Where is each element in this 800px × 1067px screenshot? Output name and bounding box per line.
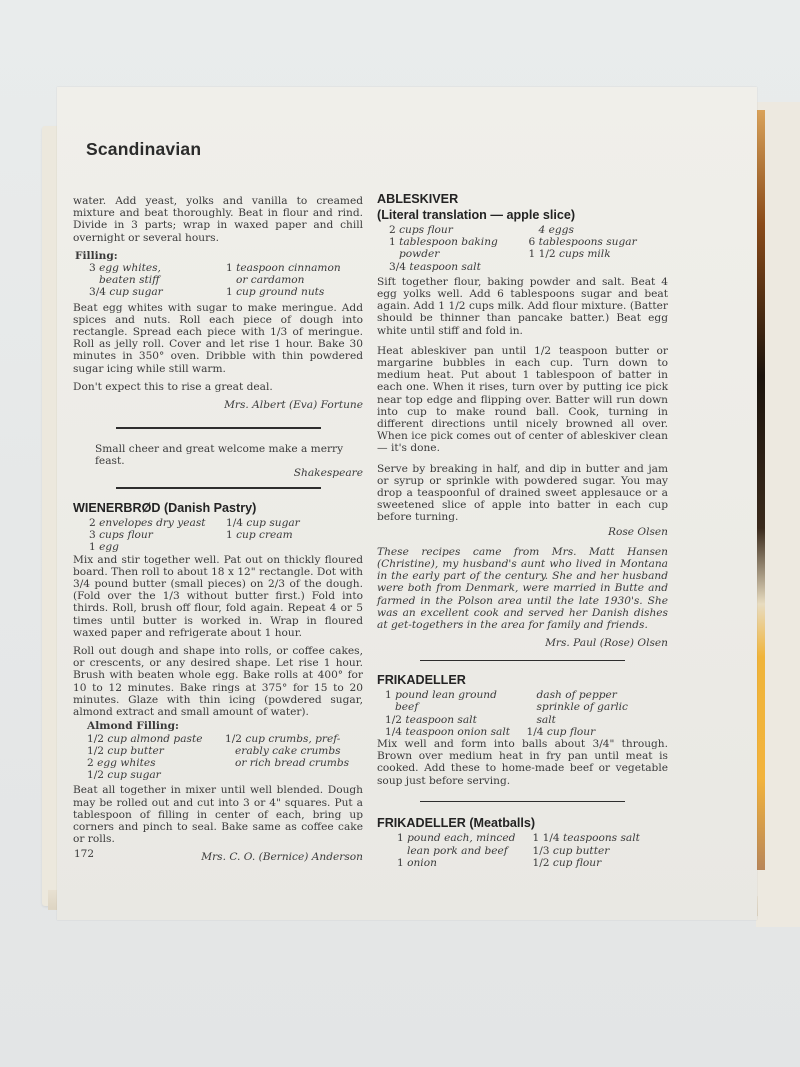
ingredient-line: 1/3 cup butter	[533, 845, 669, 857]
ingredient-line: 1/2 cup flour	[533, 857, 669, 869]
ingredient-line: 1/2 teaspoon salt	[385, 714, 527, 726]
ingredient-line: 1 egg	[89, 541, 226, 553]
filling-label: Filling:	[75, 250, 363, 262]
divider	[420, 801, 625, 803]
ingredient-line: 1/2 cup crumbs, pref-	[225, 733, 363, 745]
ingredient-line: 1/4 cup flour	[527, 726, 669, 738]
signature: Mrs. Paul (Rose) Olsen	[377, 637, 668, 649]
ingredient-line: powder	[389, 248, 529, 260]
ingredient-line: 1/2 cup sugar	[87, 769, 225, 781]
ingredient-col-2: 4 eggs6 tablespoons sugar1 1/2 cups milk	[529, 224, 669, 273]
page-number: 172	[74, 848, 94, 860]
ingredient-line: 3/4 cup sugar	[89, 286, 226, 298]
ingredient-line: 1/2 cup butter	[87, 745, 225, 757]
directions: Heat ableskiver pan until 1/2 teaspoon b…	[377, 345, 668, 455]
signature: Mrs. C. O. (Bernice) Anderson	[73, 851, 363, 863]
ingredient-line: 2 egg whites	[87, 757, 225, 769]
ingredient-line: or cardamon	[226, 274, 363, 286]
ingredient-line: lean pork and beef	[397, 845, 533, 857]
directions: Beat all together in mixer until well bl…	[73, 784, 363, 845]
recipe-title-ableskiver: ABLESKIVER	[377, 192, 668, 206]
recipe-title-frikadeller: FRIKADELLER	[377, 673, 668, 687]
quote: Small cheer and great welcome make a mer…	[73, 443, 363, 467]
note: Don't expect this to rise a great deal.	[73, 381, 363, 393]
ingredient-col-1: 3 egg whites,beaten stiff3/4 cup sugar	[89, 262, 226, 299]
ingredient-line: or rich bread crumbs	[225, 757, 363, 769]
ingredient-line: 4 eggs	[529, 224, 669, 236]
ingredient-line: 1 cup ground nuts	[226, 286, 363, 298]
ingredient-line: beef	[385, 701, 527, 713]
frikadeller-ingredients: 1 pound lean groundbeef1/2 teaspoon salt…	[377, 689, 668, 738]
ingredient-line: 1 1/2 cups milk	[529, 248, 669, 260]
ingredient-line: 1 1/4 teaspoons salt	[533, 832, 669, 844]
ingredient-line: 1 pound lean ground	[385, 689, 527, 701]
divider	[420, 660, 625, 662]
directions: Mix well and form into balls about 3/4" …	[377, 738, 668, 787]
quote-attribution: Shakespeare	[73, 467, 363, 479]
meatballs-ingredients: 1 pound each, mincedlean pork and beef1 …	[377, 832, 668, 869]
filling-ingredients: 3 egg whites,beaten stiff3/4 cup sugar 1…	[73, 262, 363, 299]
ingredient-line: 1/4 cup sugar	[226, 517, 363, 529]
ingredient-line: erably cake crumbs	[225, 745, 363, 757]
ingredient-line: 6 tablespoons sugar	[529, 236, 669, 248]
ingredient-col-2: dash of peppersprinkle of garlicsalt1/4 …	[527, 689, 669, 738]
ingredient-line: 1/4 teaspoon onion salt	[385, 726, 527, 738]
directions: Sift together flour, baking powder and s…	[377, 276, 668, 337]
ingredient-line: 1 pound each, minced	[397, 832, 533, 844]
directions: Mix and stir together well. Pat out on t…	[73, 554, 363, 639]
ingredient-col-1: 2 envelopes dry yeast3 cups flour1 egg	[89, 517, 226, 554]
ingredient-line: 3 egg whites,	[89, 262, 226, 274]
wienerbrod-ingredients: 2 envelopes dry yeast3 cups flour1 egg 1…	[73, 517, 363, 554]
ingredient-line: 2 envelopes dry yeast	[89, 517, 226, 529]
continued-directions: water. Add yeast, yolks and vanilla to c…	[73, 195, 363, 244]
signature: Rose Olsen	[377, 526, 668, 538]
ingredient-col-2: 1 teaspoon cinnamonor cardamon1 cup grou…	[226, 262, 363, 299]
ingredient-col-1: 1 pound each, mincedlean pork and beef1 …	[397, 832, 533, 869]
almond-filling-ingredients: 1/2 cup almond paste1/2 cup butter2 egg …	[73, 733, 363, 782]
ingredient-line: 1 teaspoon cinnamon	[226, 262, 363, 274]
recipe-title-frikadeller-meatballs: FRIKADELLER (Meatballs)	[377, 816, 668, 830]
ingredient-line: 1/2 cup almond paste	[87, 733, 225, 745]
recipe-title-wienerbrod: WIENERBRØD (Danish Pastry)	[73, 501, 363, 515]
ingredient-col-2: 1 1/4 teaspoons salt1/3 cup butter1/2 cu…	[533, 832, 669, 869]
ingredient-line: sprinkle of garlic	[527, 701, 669, 713]
ingredient-col-2: 1/2 cup crumbs, pref-erably cake crumbso…	[225, 733, 363, 782]
ingredient-col-1: 1 pound lean groundbeef1/2 teaspoon salt…	[385, 689, 527, 738]
ingredient-line: dash of pepper	[527, 689, 669, 701]
divider	[116, 427, 321, 429]
recipe-subtitle: (Literal translation — apple slice)	[377, 208, 668, 222]
ingredient-line: 1 tablespoon baking	[389, 236, 529, 248]
directions: Serve by breaking in half, and dip in bu…	[377, 463, 668, 524]
ingredient-col-1: 2 cups flour1 tablespoon bakingpowder3/4…	[389, 224, 529, 273]
ingredient-line: 3 cups flour	[89, 529, 226, 541]
right-column: ABLESKIVER (Literal translation — apple …	[377, 192, 668, 872]
ableskiver-ingredients: 2 cups flour1 tablespoon bakingpowder3/4…	[377, 224, 668, 273]
signature: Mrs. Albert (Eva) Fortune	[73, 399, 363, 411]
ingredient-line: 1 cup cream	[226, 529, 363, 541]
page-edge-tabs	[757, 110, 765, 870]
directions: Roll out dough and shape into rolls, or …	[73, 645, 363, 718]
left-column: water. Add yeast, yolks and vanilla to c…	[73, 195, 363, 870]
ingredient-line: 2 cups flour	[389, 224, 529, 236]
recipe-note: These recipes came from Mrs. Matt Hansen…	[377, 546, 668, 631]
ingredient-col-1: 1/2 cup almond paste1/2 cup butter2 egg …	[87, 733, 225, 782]
ingredient-line: 3/4 teaspoon salt	[389, 261, 529, 273]
divider	[116, 487, 321, 489]
section-heading: Scandinavian	[86, 139, 201, 160]
ingredient-line: salt	[527, 714, 669, 726]
ingredient-line: beaten stiff	[89, 274, 226, 286]
ingredient-line: 1 onion	[397, 857, 533, 869]
ingredient-col-2: 1/4 cup sugar1 cup cream	[226, 517, 363, 554]
filling-directions: Beat egg whites with sugar to make merin…	[73, 302, 363, 375]
almond-filling-label: Almond Filling:	[87, 720, 363, 732]
